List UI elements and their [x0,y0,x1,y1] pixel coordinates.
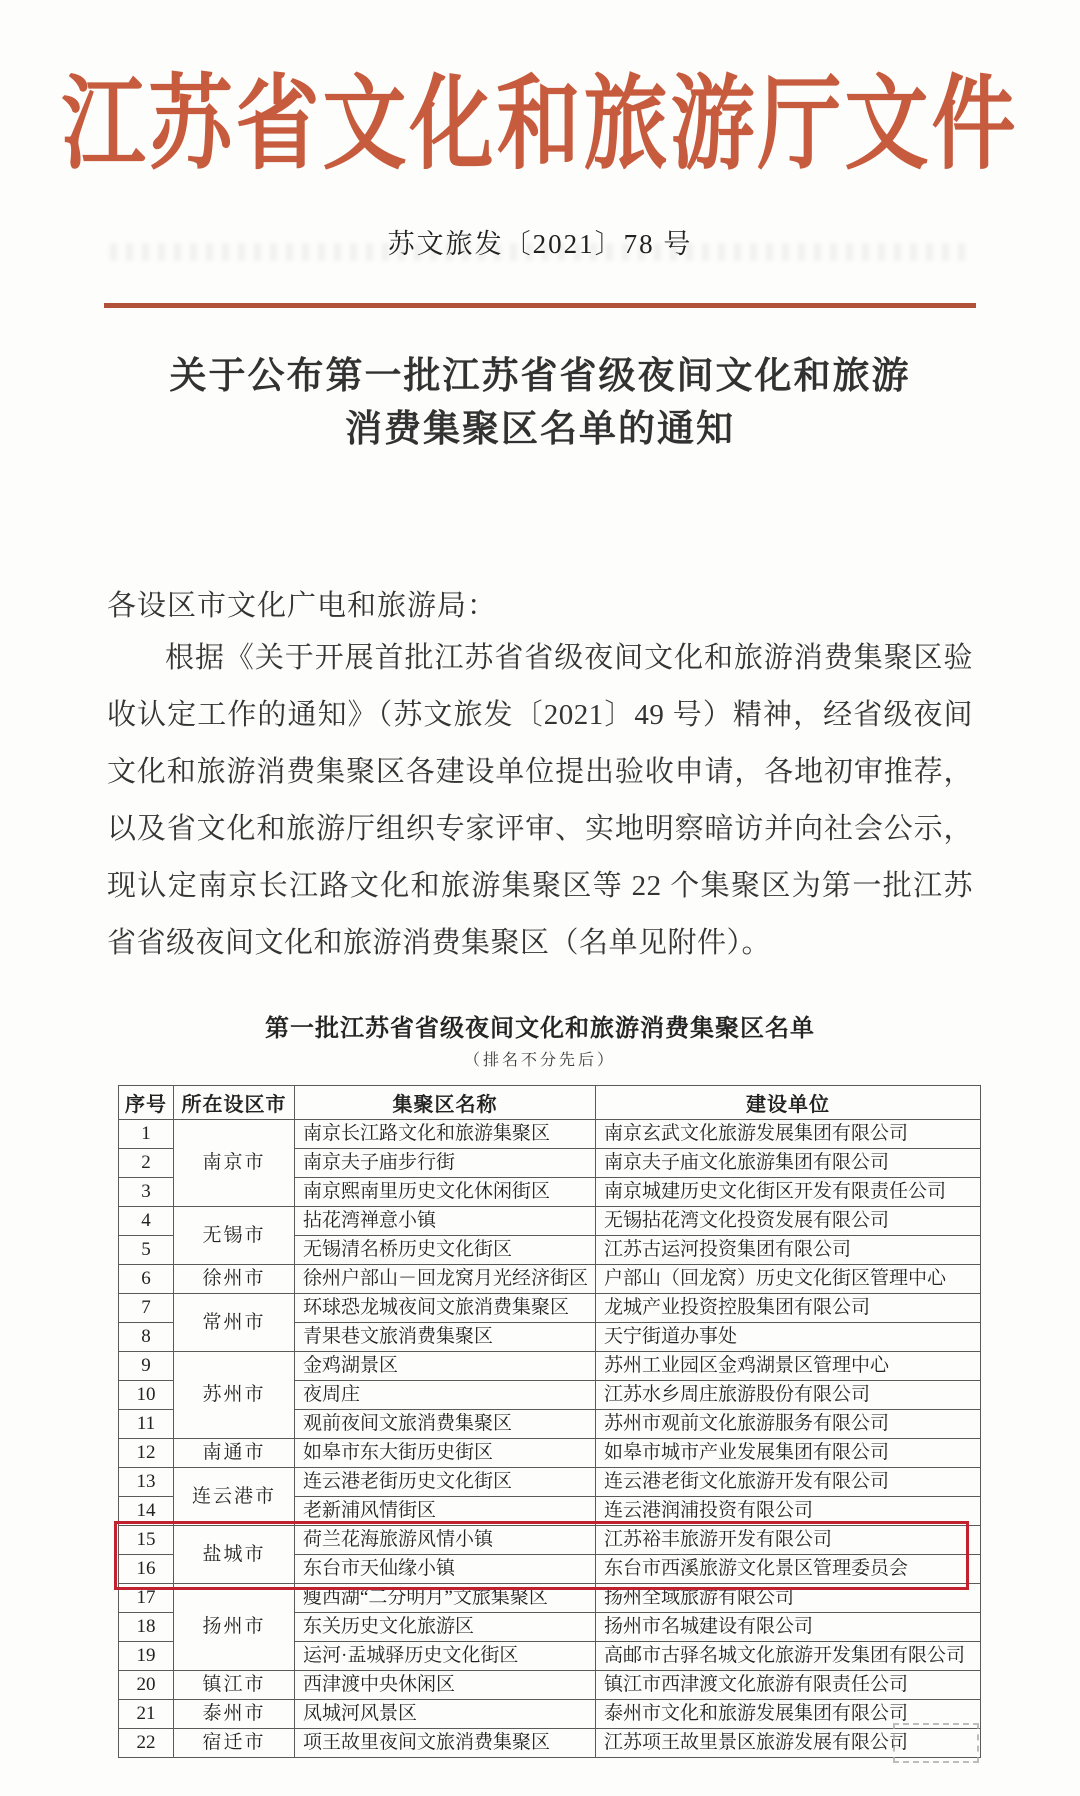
row-name: 连云港老街历史文化街区 [295,1468,596,1497]
row-city: 连云港市 [174,1468,295,1526]
row-name: 环球恐龙城夜间文旅消费集聚区 [295,1294,596,1323]
row-serial: 21 [119,1700,174,1729]
row-org: 江苏古运河投资集团有限公司 [596,1236,981,1265]
row-org: 龙城产业投资控股集团有限公司 [596,1294,981,1323]
table-row: 17 扬州市 瘦西湖“二分明月”文旅集聚区 扬州全域旅游有限公司 [119,1584,981,1613]
row-serial: 17 [119,1584,174,1613]
row-city: 南通市 [174,1439,295,1468]
list-subcaption: （排名不分先后） [0,1047,1080,1070]
row-name: 东台市天仙缘小镇 [295,1555,596,1584]
table-row: 4 无锡市 拈花湾禅意小镇 无锡拈花湾文化投资发展有限公司 [119,1207,981,1236]
row-org: 江苏裕丰旅游开发有限公司 [596,1526,981,1555]
row-name: 运河·盂城驿历史文化街区 [295,1642,596,1671]
table-row: 21 泰州市 凤城河风景区 泰州市文化和旅游发展集团有限公司 [119,1700,981,1729]
row-serial: 6 [119,1265,174,1294]
dashed-scan-artifact [893,1723,979,1763]
row-serial: 3 [119,1178,174,1207]
document-title: 关于公布第一批江苏省省级夜间文化和旅游 消费集聚区名单的通知 [0,350,1080,456]
row-org: 连云港润浦投资有限公司 [596,1497,981,1526]
document-title-line1: 关于公布第一批江苏省省级夜间文化和旅游 [0,350,1080,403]
table-row: 13 连云港市 连云港老街历史文化街区 连云港老街文化旅游开发有限公司 [119,1468,981,1497]
row-serial: 9 [119,1352,174,1381]
body-paragraph: 根据《关于开展首批江苏省省级夜间文化和旅游消费集聚区验收认定工作的通知》（苏文旅… [107,630,973,972]
row-org: 南京夫子庙文化旅游集团有限公司 [596,1149,981,1178]
row-serial: 1 [119,1120,174,1149]
row-city: 无锡市 [174,1207,295,1265]
table-row: 1 南京市 南京长江路文化和旅游集聚区 南京玄武文化旅游发展集团有限公司 [119,1120,981,1149]
row-org: 江苏水乡周庄旅游股份有限公司 [596,1381,981,1410]
row-org: 如皋市城市产业发展集团有限公司 [596,1439,981,1468]
row-name: 拈花湾禅意小镇 [295,1207,596,1236]
row-org: 南京玄武文化旅游发展集团有限公司 [596,1120,981,1149]
table-row-highlighted: 15 盐城市 荷兰花海旅游风情小镇 江苏裕丰旅游开发有限公司 [119,1526,981,1555]
row-name: 荷兰花海旅游风情小镇 [295,1526,596,1555]
row-serial: 16 [119,1555,174,1584]
row-org: 苏州市观前文化旅游服务有限公司 [596,1410,981,1439]
row-name: 金鸡湖景区 [295,1352,596,1381]
column-header-org: 建设单位 [596,1086,981,1120]
row-city: 镇江市 [174,1671,295,1700]
row-serial: 10 [119,1381,174,1410]
row-org: 镇江市西津渡文化旅游有限责任公司 [596,1671,981,1700]
row-city: 苏州市 [174,1352,295,1439]
row-serial: 18 [119,1613,174,1642]
row-name: 徐州户部山－回龙窝月光经济街区 [295,1265,596,1294]
document-title-line2: 消费集聚区名单的通知 [0,403,1080,456]
row-org: 南京城建历史文化街区开发有限责任公司 [596,1178,981,1207]
row-serial: 7 [119,1294,174,1323]
row-city: 盐城市 [174,1526,295,1584]
letterhead-divider-rule [104,303,976,308]
column-header-name: 集聚区名称 [295,1086,596,1120]
row-city: 泰州市 [174,1700,295,1729]
table-row: 12 南通市 如皋市东大街历史街区 如皋市城市产业发展集团有限公司 [119,1439,981,1468]
row-serial: 14 [119,1497,174,1526]
agency-letterhead-title: 江苏省文化和旅游厅文件 [0,42,1080,190]
row-city: 扬州市 [174,1584,295,1671]
row-serial: 22 [119,1729,174,1758]
row-city: 宿迁市 [174,1729,295,1758]
row-serial: 20 [119,1671,174,1700]
column-header-city: 所在设区市 [174,1086,295,1120]
row-name: 无锡清名桥历史文化街区 [295,1236,596,1265]
document-page: 江苏省文化和旅游厅文件 苏文旅发〔2021〕78 号 关于公布第一批江苏省省级夜… [0,0,1080,1796]
consumption-cluster-table: 序号 所在设区市 集聚区名称 建设单位 1 南京市 南京长江路文化和旅游集聚区 … [118,1085,981,1758]
row-serial: 4 [119,1207,174,1236]
row-serial: 5 [119,1236,174,1265]
table-row: 6 徐州市 徐州户部山－回龙窝月光经济街区 户部山（回龙窝）历史文化街区管理中心 [119,1265,981,1294]
row-name: 瘦西湖“二分明月”文旅集聚区 [295,1584,596,1613]
table-row: 22 宿迁市 项王故里夜间文旅消费集聚区 江苏项王故里景区旅游发展有限公司 [119,1729,981,1758]
row-city: 南京市 [174,1120,295,1207]
row-org: 户部山（回龙窝）历史文化街区管理中心 [596,1265,981,1294]
row-name: 南京夫子庙步行街 [295,1149,596,1178]
row-serial: 8 [119,1323,174,1352]
row-serial: 19 [119,1642,174,1671]
table-row: 7 常州市 环球恐龙城夜间文旅消费集聚区 龙城产业投资控股集团有限公司 [119,1294,981,1323]
column-header-serial: 序号 [119,1086,174,1120]
table-header-row: 序号 所在设区市 集聚区名称 建设单位 [119,1086,981,1120]
row-name: 如皋市东大街历史街区 [295,1439,596,1468]
list-caption: 第一批江苏省省级夜间文化和旅游消费集聚区名单 [0,1008,1080,1043]
row-org: 无锡拈花湾文化投资发展有限公司 [596,1207,981,1236]
row-name: 老新浦风情街区 [295,1497,596,1526]
row-org: 连云港老街文化旅游开发有限公司 [596,1468,981,1497]
row-city: 常州市 [174,1294,295,1352]
row-name: 凤城河风景区 [295,1700,596,1729]
row-org: 扬州全域旅游有限公司 [596,1584,981,1613]
row-name: 青果巷文旅消费集聚区 [295,1323,596,1352]
row-org: 扬州市名城建设有限公司 [596,1613,981,1642]
row-serial: 2 [119,1149,174,1178]
row-name: 夜周庄 [295,1381,596,1410]
row-org: 天宁街道办事处 [596,1323,981,1352]
row-serial: 15 [119,1526,174,1555]
row-name: 西津渡中央休闲区 [295,1671,596,1700]
row-org: 苏州工业园区金鸡湖景区管理中心 [596,1352,981,1381]
row-name: 南京长江路文化和旅游集聚区 [295,1120,596,1149]
table-row: 20 镇江市 西津渡中央休闲区 镇江市西津渡文化旅游有限责任公司 [119,1671,981,1700]
row-org: 东台市西溪旅游文化景区管理委员会 [596,1555,981,1584]
row-city: 徐州市 [174,1265,295,1294]
row-name: 项王故里夜间文旅消费集聚区 [295,1729,596,1758]
row-serial: 13 [119,1468,174,1497]
row-name: 观前夜间文旅消费集聚区 [295,1410,596,1439]
table-row: 9 苏州市 金鸡湖景区 苏州工业园区金鸡湖景区管理中心 [119,1352,981,1381]
row-name: 南京熙南里历史文化休闲街区 [295,1178,596,1207]
salutation: 各设区市文化广电和旅游局： [107,583,497,624]
row-org: 高邮市古驿名城文化旅游开发集团有限公司 [596,1642,981,1671]
row-name: 东关历史文化旅游区 [295,1613,596,1642]
row-serial: 12 [119,1439,174,1468]
row-serial: 11 [119,1410,174,1439]
document-number: 苏文旅发〔2021〕78 号 [0,222,1080,261]
